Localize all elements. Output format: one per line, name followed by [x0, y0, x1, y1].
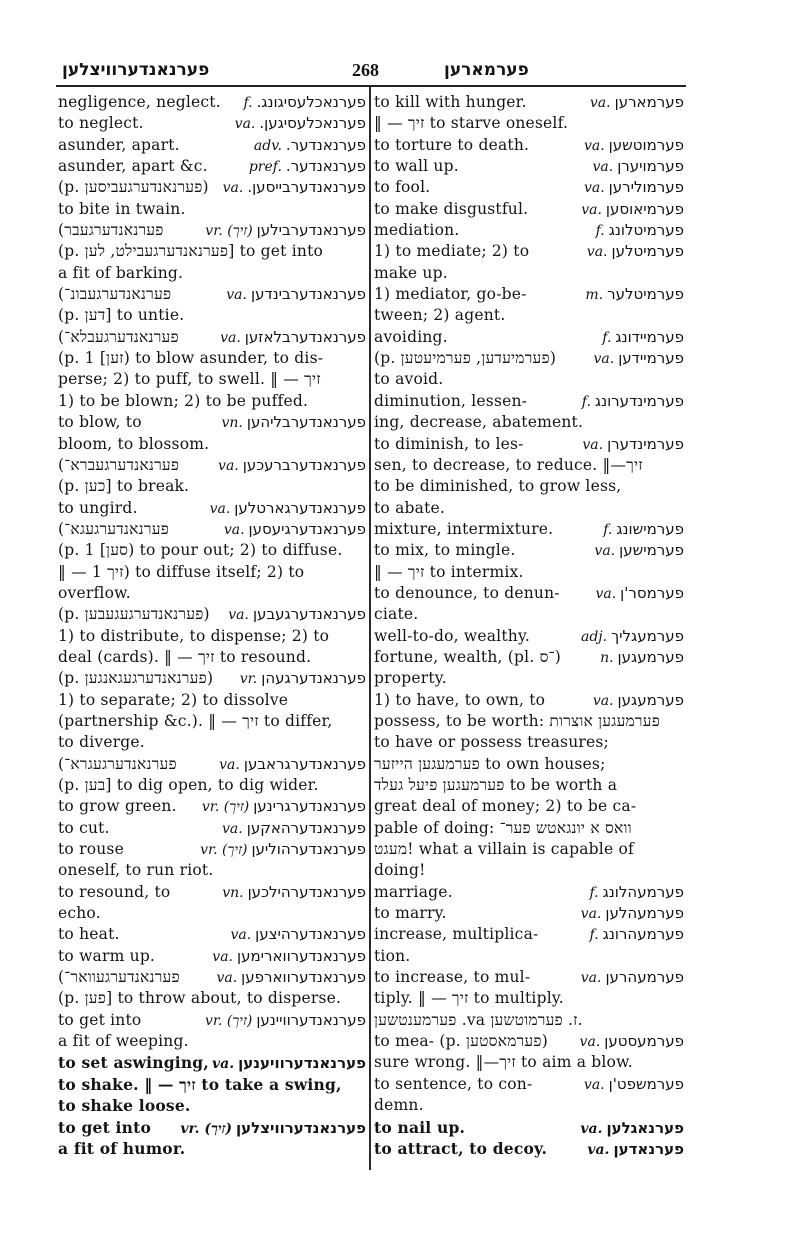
entry-line: to blow, tovn.פערנאנדערבליהען — [58, 412, 366, 433]
part-of-speech-tag: adv. — [254, 136, 282, 156]
headword: פערנאנדערווארימען — [237, 946, 366, 967]
headword: פערמישונג — [616, 519, 684, 540]
entry-definition: (פערנאנדערגעגרא־ — [58, 754, 177, 775]
headword: פערנאנדערוויצלען — [236, 1118, 366, 1138]
headword: פערנאנדערהילכען — [248, 882, 366, 903]
entry-definition: property. — [374, 668, 684, 689]
entry-line: fortune, wealth, (pl. ־ס)n.פערמעגען — [374, 647, 684, 668]
headword: פערנאנדער. — [286, 156, 366, 177]
entry-definition: 1) mediator, go-be- — [374, 284, 527, 305]
headword: פערנאנדערוויענען — [238, 1053, 366, 1073]
entry-definition: to neglect. — [58, 113, 144, 134]
entry-line: to diverge. — [58, 732, 366, 753]
entry-line: to diminish, to les-va.פערמינדערן — [374, 434, 684, 455]
headword: פערנאנדערגראבען — [244, 754, 366, 775]
entry-line: bloom, to blossom. — [58, 434, 366, 455]
entry-definition: fortune, wealth, (pl. ־ס) — [374, 647, 561, 668]
headword: פערמארען — [615, 92, 684, 113]
entry-definition: asunder, apart. — [58, 135, 180, 156]
entry-definition: sen, to decrease, to reduce. ‖—זיך — [374, 455, 684, 476]
entry-line: פערמעגען פיעל געלד to be worth a — [374, 775, 684, 796]
entry-line: to be diminished, to grow less, — [374, 476, 684, 497]
entry-definition: mixture, intermixture. — [374, 519, 553, 540]
part-of-speech-tag: vn. — [221, 413, 242, 433]
headword: פערנאנדערבייסען. — [247, 177, 366, 198]
entry-line: to warm up.va.פערנאנדערווארימען — [58, 946, 366, 967]
entry-definition: to get into — [58, 1117, 151, 1138]
entry-line: to shake. ‖ — זיך to take a swing, — [58, 1074, 366, 1095]
entry-definition: diminution, lessen- — [374, 391, 527, 412]
headword: פערמיידען — [618, 348, 684, 369]
entry-definition: to make disgustful. — [374, 199, 528, 220]
entry-line: (p. סען] 1) to pour out; 2) to diffuse. — [58, 540, 366, 561]
entry-definition: echo. — [58, 903, 366, 924]
dictionary-page: פערנאנדערוויצלען 268 פערמארען negligence… — [0, 0, 788, 1234]
headword: פערמיאוסען — [606, 199, 684, 220]
entry-definition: to shake. ‖ — זיך to take a swing, — [58, 1074, 366, 1095]
entry-line: (p. פערמיעדען, פערמיעטען)va.פערמיידען — [374, 348, 684, 369]
entry-line: overflow. — [58, 583, 366, 604]
entry-definition: (פערנאנדערגעבונ־ — [58, 284, 171, 305]
entry-line: (p. כען] to break. — [58, 476, 366, 497]
part-of-speech-tag: vr. (זיך) — [180, 1119, 232, 1138]
entry-definition: (p. דען] to untie. — [58, 305, 366, 326]
entry-line: sen, to decrease, to reduce. ‖—זיך — [374, 455, 684, 476]
part-of-speech-tag: f. — [243, 93, 252, 113]
headword: פערמיטלען — [612, 241, 685, 262]
headword: פערמוטשען — [609, 135, 684, 156]
entry-line: increase, multiplica-f.פערמעהרונג — [374, 924, 684, 945]
headword: פערמעהלונג — [603, 882, 684, 903]
entry-line: mixture, intermixture.f.פערמישונג — [374, 519, 684, 540]
entry-definition: doing! — [374, 860, 684, 881]
entry-definition: (p. פען] to throw about, to disperse. — [58, 988, 366, 1009]
entry-definition: to sentence, to con- — [374, 1074, 532, 1095]
part-of-speech-tag: va. — [587, 1140, 609, 1159]
entry-definition: (פערנאנדערגעבר — [58, 220, 164, 241]
part-of-speech-tag: va. — [222, 819, 243, 839]
headword: פערנאנדערגרינען — [253, 796, 366, 817]
entry-definition: asunder, apart &c. — [58, 156, 208, 177]
entry-line: asunder, apart.adv.פערנאנדער. — [58, 135, 366, 156]
headword: פערמעהרונג — [603, 924, 684, 945]
entry-line: avoiding.f.פערמיידונג — [374, 327, 684, 348]
entry-line: to get intovr. (זיך)פערנאנדערוויצלען — [58, 1117, 366, 1138]
part-of-speech-tag: vr. (זיך) — [205, 221, 252, 241]
entry-definition: (p. פערנאנדערגעביסען) — [58, 177, 209, 198]
entry-line: (פערנאנדערגעוואר־va.פערנאנדערווארפען — [58, 967, 366, 988]
entry-definition: to get into — [58, 1010, 141, 1031]
entry-line: diminution, lessen-f.פערמינדערונג — [374, 391, 684, 412]
part-of-speech-tag: va. — [223, 178, 244, 198]
entry-line: to set aswinging,va.פערנאנדערוויענען — [58, 1052, 366, 1073]
entry-line: to heat.va.פערנאנדערהיצען — [58, 924, 366, 945]
entry-definition: to bite in twain. — [58, 199, 366, 220]
headword: פערמעגען — [618, 690, 684, 711]
entry-line: (p. פען] to throw about, to disperse. — [58, 988, 366, 1009]
entry-line: to shake loose. — [58, 1095, 366, 1116]
headword: פערנאנדערוויינען — [256, 1010, 366, 1031]
headword: פערמעהרען — [605, 967, 684, 988]
entry-definition: to torture to death. — [374, 135, 529, 156]
part-of-speech-tag: va. — [581, 904, 602, 924]
entry-line: (p. זען] 1) to blow asunder, to dis- — [58, 348, 366, 369]
column-divider — [369, 87, 371, 1170]
headword: פערנאנדערגעבען — [253, 604, 366, 625]
entry-definition: (פערנאנדערגעבלא־ — [58, 327, 179, 348]
entry-definition: to fool. — [374, 177, 430, 198]
entry-definition: perse; 2) to puff, to swell. ‖ — זיך — [58, 369, 366, 390]
entry-line: doing! — [374, 860, 684, 881]
headword: פערנאנדערהאקען — [247, 818, 366, 839]
part-of-speech-tag: va. — [230, 925, 251, 945]
part-of-speech-tag: va. — [587, 242, 608, 262]
part-of-speech-tag: va. — [593, 349, 614, 369]
entry-definition: oneself, to run riot. — [58, 860, 366, 881]
entry-line: 1) to have, to own, tova.פערמעגען — [374, 690, 684, 711]
entry-line: tion. — [374, 946, 684, 967]
entry-line: (פערנאנדערגעברא־va.פערנאנדערברעכען — [58, 455, 366, 476]
entry-definition: overflow. — [58, 583, 366, 604]
headword: פערמעהלען — [605, 903, 684, 924]
entry-definition: to nail up. — [374, 1117, 465, 1138]
entry-line: to wall up.va.פערמויערן — [374, 156, 684, 177]
headword: פערנאנדערגעהן — [261, 668, 366, 689]
entry-definition: ‖ — זיך 1) to diffuse itself; 2) to — [58, 562, 366, 583]
entry-line: to cut.va.פערנאנדערהאקען — [58, 818, 366, 839]
entry-line: well-to-do, wealthy.adj.פערמעגליך — [374, 626, 684, 647]
entry-line: to sentence, to con-va.פערמשפט'ן — [374, 1074, 684, 1095]
part-of-speech-tag: va. — [584, 178, 605, 198]
entry-definition: to increase, to mul- — [374, 967, 530, 988]
header-right-guideword: פערמארען — [444, 60, 529, 80]
entry-line: negligence, neglect.f.פערנאכלעסיגונג. — [58, 92, 366, 113]
headword: פערנאנדערברעכען — [243, 455, 366, 476]
part-of-speech-tag: va. — [218, 456, 239, 476]
part-of-speech-tag: va. — [592, 157, 613, 177]
part-of-speech-tag: va. — [228, 605, 249, 625]
entry-line: asunder, apart &c.pref.פערנאנדער. — [58, 156, 366, 177]
entry-line: to nail up.va.פערנאגלען — [374, 1117, 684, 1138]
headword: פערמעסטען — [604, 1031, 684, 1052]
entry-line: (פערנאנדערגעבלא־va.פערנאנדערבלאזען — [58, 327, 366, 348]
entry-line: pable of doing: וואס א יונגאטש פער־ — [374, 818, 684, 839]
entry-line: tiply. ‖ — זיך to multiply. — [374, 988, 684, 1009]
entry-definition: (פערנאנדערגעוואר־ — [58, 967, 180, 988]
entry-line: property. — [374, 668, 684, 689]
part-of-speech-tag: va. — [582, 435, 603, 455]
entry-line: (partnership &c.). ‖ — זיך to differ, — [58, 711, 366, 732]
part-of-speech-tag: f. — [603, 520, 612, 540]
entry-definition: ciate. — [374, 604, 684, 625]
entry-definition: to be diminished, to grow less, — [374, 476, 684, 497]
entry-line: מעגט! what a villain is capable of — [374, 839, 684, 860]
entry-line: to marry.va.פערמעהלען — [374, 903, 684, 924]
part-of-speech-tag: va. — [584, 1075, 605, 1095]
entry-line: (p. פערנאנדערגעביסען)va.פערנאנדערבייסען. — [58, 177, 366, 198]
entry-definition: to cut. — [58, 818, 110, 839]
part-of-speech-tag: f. — [589, 883, 598, 903]
entry-definition: to avoid. — [374, 369, 684, 390]
headword: פערמינדערן — [607, 434, 684, 455]
headword: פערמולירען — [609, 177, 684, 198]
entry-definition: (פערנאנדערגעגא־ — [58, 519, 169, 540]
entry-definition: (p. פערנאנדערגעגאנגען) — [58, 668, 213, 689]
headword: פערמישען — [619, 540, 684, 561]
entry-line: great deal of money; 2) to be ca- — [374, 796, 684, 817]
entry-line: to attract, to decoy.va.פערנאדען — [374, 1138, 684, 1159]
entry-definition: tiply. ‖ — זיך to multiply. — [374, 988, 684, 1009]
entry-definition: 1) to be blown; 2) to be puffed. — [58, 391, 366, 412]
entry-definition: avoiding. — [374, 327, 448, 348]
entry-line: (פערנאנדערגעגרא־va.פערנאנדערגראבען — [58, 754, 366, 775]
part-of-speech-tag: vr. (זיך) — [202, 797, 249, 817]
part-of-speech-tag: va. — [224, 520, 245, 540]
entry-line: tween; 2) agent. — [374, 305, 684, 326]
part-of-speech-tag: va. — [581, 968, 602, 988]
entry-line: sure wrong. ‖—זיך to aim a blow. — [374, 1052, 684, 1073]
entry-definition: pable of doing: וואס א יונגאטש פער־ — [374, 818, 684, 839]
entry-definition: to warm up. — [58, 946, 155, 967]
part-of-speech-tag: vn. — [222, 883, 243, 903]
entry-definition: a fit of humor. — [58, 1138, 366, 1159]
headword: פערנאנדערהוליען — [251, 839, 366, 860]
headword: פערמינדערונג — [595, 391, 684, 412]
entry-line: (פערנאנדערגעבונ־va.פערנאנדערבינדען — [58, 284, 366, 305]
entry-definition: to have or possess treasures; — [374, 732, 684, 753]
entry-definition: make up. — [374, 263, 684, 284]
entry-definition: ‖ — זיך to intermix. — [374, 562, 684, 583]
entry-definition: ‖ — זיך to starve oneself. — [374, 113, 684, 134]
entry-definition: 1) to have, to own, to — [374, 690, 545, 711]
entry-line: a fit of weeping. — [58, 1031, 366, 1052]
entry-definition: (p. פערמיעדען, פערמיעטען) — [374, 348, 556, 369]
headword: פערנאנדערבילען — [257, 220, 366, 241]
headword: פערנאדען — [613, 1139, 684, 1159]
entry-line: to ungird.va.פערנאנדערגארטלען — [58, 498, 366, 519]
entry-line: to grow green.vr. (זיך)פערנאנדערגרינען — [58, 796, 366, 817]
entry-definition: פערמעגען פיעל געלד to be worth a — [374, 775, 684, 796]
entry-line: ‖ — זיך to intermix. — [374, 562, 684, 583]
headword: פערמשפט'ן — [609, 1074, 684, 1095]
entry-definition: to diverge. — [58, 732, 366, 753]
entry-line: perse; 2) to puff, to swell. ‖ — זיך — [58, 369, 366, 390]
entry-line: ciate. — [374, 604, 684, 625]
part-of-speech-tag: va. — [584, 136, 605, 156]
page-header: פערנאנדערוויצלען 268 פערמארען — [56, 58, 684, 84]
part-of-speech-tag: va. — [590, 93, 611, 113]
part-of-speech-tag: va. — [210, 499, 231, 519]
entry-line: to resound, tovn.פערנאנדערהילכען — [58, 882, 366, 903]
part-of-speech-tag: pref. — [249, 157, 282, 177]
entry-definition: (partnership &c.). ‖ — זיך to differ, — [58, 711, 366, 732]
entry-definition: (p. בען] to dig open, to dig wider. — [58, 775, 366, 796]
entry-line: (p. פערנאנדערגעגאנגען)vr.פערנאנדערגעהן — [58, 668, 366, 689]
headword: פערנאנדערבינדען — [251, 284, 366, 305]
entry-line: to mix, to mingle.va.פערמישען — [374, 540, 684, 561]
entry-line: (p. דען] to untie. — [58, 305, 366, 326]
part-of-speech-tag: va. — [581, 200, 602, 220]
headword: פערנאנדער. — [286, 135, 366, 156]
entry-line: פערמעגען הייזער to own houses; — [374, 754, 684, 775]
entry-definition: mediation. — [374, 220, 459, 241]
right-column: to kill with hunger.va.פערמארען‖ — זיך t… — [374, 92, 684, 1159]
entry-line: to get intovr. (זיך)פערנאנדערוויינען — [58, 1010, 366, 1031]
entry-definition: negligence, neglect. — [58, 92, 221, 113]
entry-line: to torture to death.va.פערמוטשען — [374, 135, 684, 156]
entry-line: possess, to be worth: פערמעגען אוצרות — [374, 711, 684, 732]
part-of-speech-tag: va. — [219, 755, 240, 775]
entry-definition: tion. — [374, 946, 684, 967]
entry-line: 1) mediator, go-be-m.פערמיטלער — [374, 284, 684, 305]
entry-line: פערמענטשען .va ז. פערמוטשען. — [374, 1010, 684, 1031]
entry-definition: demn. — [374, 1095, 684, 1116]
entry-line: 1) to be blown; 2) to be puffed. — [58, 391, 366, 412]
entry-definition: to kill with hunger. — [374, 92, 527, 113]
entry-definition: deal (cards). ‖ — זיך to resound. — [58, 647, 366, 668]
part-of-speech-tag: va. — [580, 1119, 602, 1138]
entry-definition: to abate. — [374, 498, 684, 519]
part-of-speech-tag: va. — [212, 1054, 234, 1073]
entry-line: ing, decrease, abatement. — [374, 412, 684, 433]
entry-line: ‖ — זיך to starve oneself. — [374, 113, 684, 134]
entry-definition: to ungird. — [58, 498, 138, 519]
entry-definition: great deal of money; 2) to be ca- — [374, 796, 684, 817]
part-of-speech-tag: va. — [593, 691, 614, 711]
entry-definition: to heat. — [58, 924, 120, 945]
headword: פערמויערן — [617, 156, 684, 177]
entry-line: a fit of barking. — [58, 263, 366, 284]
part-of-speech-tag: f. — [596, 221, 605, 241]
entry-line: (p. פערנאנדערגעגעבען)va.פערנאנדערגעבען — [58, 604, 366, 625]
entry-line: oneself, to run riot. — [58, 860, 366, 881]
part-of-speech-tag: va. — [212, 947, 233, 967]
entry-definition: bloom, to blossom. — [58, 434, 366, 455]
entry-definition: to mix, to mingle. — [374, 540, 515, 561]
headword: פערנאנדערווארפען — [241, 967, 366, 988]
part-of-speech-tag: vr. — [240, 669, 258, 689]
part-of-speech-tag: f. — [590, 925, 599, 945]
headword: פערמיטלונג — [609, 220, 684, 241]
entry-line: to make disgustful.va.פערמיאוסען — [374, 199, 684, 220]
entry-definition: to wall up. — [374, 156, 459, 177]
entry-line: marriage.f.פערמעהלונג — [374, 882, 684, 903]
entry-definition: well-to-do, wealthy. — [374, 626, 530, 647]
entry-line: 1) to mediate; 2) tova.פערמיטלען — [374, 241, 684, 262]
entry-definition: (p. פערנאנדערגעבילט, לען] to get into — [58, 241, 366, 262]
entry-line: ‖ — זיך 1) to diffuse itself; 2) to — [58, 562, 366, 583]
entry-line: (p. פערנאנדערגעבילט, לען] to get into — [58, 241, 366, 262]
entry-definition: 1) to mediate; 2) to — [374, 241, 529, 262]
part-of-speech-tag: va. — [216, 968, 237, 988]
entry-definition: (p. זען] 1) to blow asunder, to dis- — [58, 348, 366, 369]
headword: פערנאנדערבלאזען — [245, 327, 366, 348]
entry-line: to fool.va.פערמולירען — [374, 177, 684, 198]
entry-definition: a fit of barking. — [58, 263, 366, 284]
entry-line: to kill with hunger.va.פערמארען — [374, 92, 684, 113]
part-of-speech-tag: m. — [585, 285, 603, 305]
headword: פערמסר'ן — [620, 583, 684, 604]
entry-definition: מעגט! what a villain is capable of — [374, 839, 684, 860]
entry-definition: to attract, to decoy. — [374, 1138, 547, 1159]
entry-line: to increase, to mul-va.פערמעהרען — [374, 967, 684, 988]
entry-line: a fit of humor. — [58, 1138, 366, 1159]
entry-definition: פערמענטשען .va ז. פערמוטשען. — [374, 1010, 684, 1031]
entry-definition: marriage. — [374, 882, 453, 903]
headword: פערנאכלעסיגונג. — [257, 92, 366, 113]
entry-definition: ing, decrease, abatement. — [374, 412, 684, 433]
entry-line: demn. — [374, 1095, 684, 1116]
entry-line: to denounce, to denun-va.פערמסר'ן — [374, 583, 684, 604]
entry-line: to have or possess treasures; — [374, 732, 684, 753]
part-of-speech-tag: va. — [580, 1032, 601, 1052]
entry-definition: to blow, to — [58, 412, 142, 433]
entry-definition: פערמעגען הייזער to own houses; — [374, 754, 684, 775]
part-of-speech-tag: f. — [582, 392, 591, 412]
entry-line: to avoid. — [374, 369, 684, 390]
entry-line: (פערנאנדערגעברvr. (זיך)פערנאנדערבילען — [58, 220, 366, 241]
part-of-speech-tag: va. — [235, 114, 256, 134]
entry-definition: (p. סען] 1) to pour out; 2) to diffuse. — [58, 540, 366, 561]
part-of-speech-tag: f. — [602, 328, 611, 348]
entry-definition: to rouse — [58, 839, 124, 860]
entry-definition: (p. פערנאנדערגעגעבען) — [58, 604, 210, 625]
entry-line: make up. — [374, 263, 684, 284]
entry-line: (p. בען] to dig open, to dig wider. — [58, 775, 366, 796]
entry-line: to bite in twain. — [58, 199, 366, 220]
entry-definition: (פערנאנדערגעברא־ — [58, 455, 179, 476]
entry-line: to neglect.va.פערנאכלעסיגען. — [58, 113, 366, 134]
left-column: negligence, neglect.f.פערנאכלעסיגונג.to … — [58, 92, 366, 1159]
part-of-speech-tag: va. — [595, 584, 616, 604]
header-left-guideword: פערנאנדערוויצלען — [62, 60, 209, 80]
part-of-speech-tag: vr. (זיך) — [200, 840, 247, 860]
entry-definition: to diminish, to les- — [374, 434, 524, 455]
entry-line: 1) to separate; 2) to dissolve — [58, 690, 366, 711]
entry-definition: to grow green. — [58, 796, 177, 817]
entry-definition: sure wrong. ‖—זיך to aim a blow. — [374, 1052, 684, 1073]
entry-definition: tween; 2) agent. — [374, 305, 684, 326]
entry-definition: 1) to separate; 2) to dissolve — [58, 690, 366, 711]
entry-line: deal (cards). ‖ — זיך to resound. — [58, 647, 366, 668]
headword: פערמעגליך — [611, 626, 684, 647]
headword: פערנאנדערגיעסען — [249, 519, 366, 540]
headword: פערמיידונג — [615, 327, 684, 348]
headword: פערנאנדערהיצען — [255, 924, 366, 945]
entry-definition: increase, multiplica- — [374, 924, 538, 945]
headword: פערנאנדערבליהען — [247, 412, 366, 433]
entry-definition: to set aswinging, — [58, 1052, 209, 1073]
entry-line: to mea- (p. פערמאסטען)va.פערמעסטען — [374, 1031, 684, 1052]
part-of-speech-tag: vr. (זיך) — [205, 1011, 252, 1031]
header-rule — [56, 85, 686, 87]
part-of-speech-tag: n. — [600, 648, 613, 668]
entry-line: echo. — [58, 903, 366, 924]
part-of-speech-tag: va. — [226, 285, 247, 305]
entry-line: to rousevr. (זיך)פערנאנדערהוליען — [58, 839, 366, 860]
headword: פערמיטלער — [607, 284, 684, 305]
entry-line: to abate. — [374, 498, 684, 519]
entry-line: mediation.f.פערמיטלונג — [374, 220, 684, 241]
entry-line: (פערנאנדערגעגא־va.פערנאנדערגיעסען — [58, 519, 366, 540]
headword: פערנאגלען — [606, 1118, 684, 1138]
headword: פערנאנדערגארטלען — [234, 498, 366, 519]
page-number: 268 — [352, 60, 379, 81]
entry-definition: to shake loose. — [58, 1095, 366, 1116]
entry-definition: to denounce, to denun- — [374, 583, 560, 604]
entry-definition: a fit of weeping. — [58, 1031, 366, 1052]
part-of-speech-tag: va. — [594, 541, 615, 561]
